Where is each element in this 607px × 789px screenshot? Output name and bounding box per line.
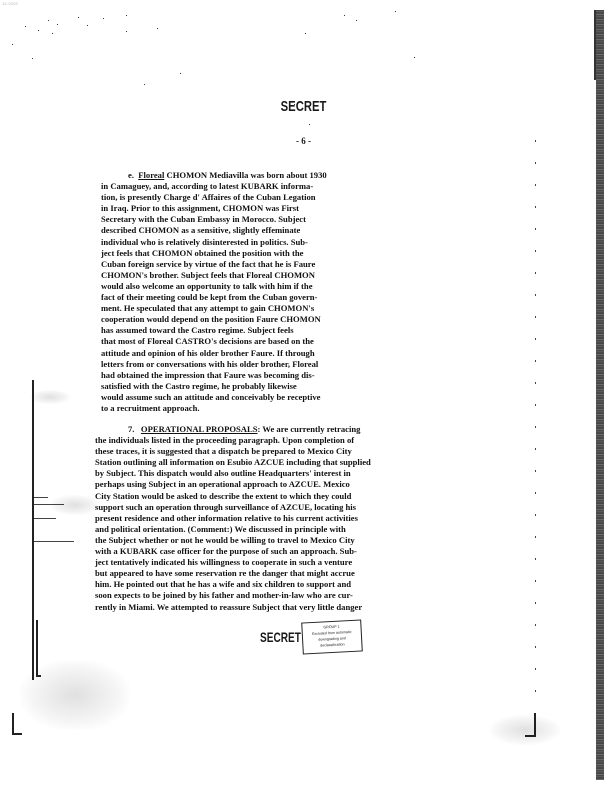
paragraph-7-first-rest: : We are currently retracing — [258, 424, 361, 434]
paragraph-e-lead: e. — [128, 170, 134, 180]
text-line: CHOMON's brother. Subject feels that Flo… — [101, 270, 321, 281]
text-line: him. He pointed out that he has a wife a… — [95, 579, 371, 590]
text-line: these traces, it is suggested that a dis… — [95, 446, 371, 457]
text-line: but appeared to have some reservation re… — [95, 568, 371, 579]
scan-left-margin-rule — [32, 380, 34, 680]
scan-margin-dots — [535, 140, 536, 700]
text-line: present residence and other information … — [95, 513, 371, 524]
text-line: tion, is presently Charge d' Affaires of… — [101, 192, 321, 203]
text-line: in Camaguey, and, according to latest KU… — [101, 181, 321, 192]
text-line: the Subject whether or not he would be w… — [95, 535, 371, 546]
text-line: had obtained the impression that Faure w… — [101, 370, 321, 381]
scan-margin-tick — [34, 518, 56, 519]
paragraph-e: e. Floreal CHOMON Mediavilla was born ab… — [128, 170, 327, 181]
text-line: satisfied with the Castro regime, he pro… — [101, 381, 321, 392]
text-line: and political orientation. (Comment:) We… — [95, 524, 371, 535]
text-line: the individuals listed in the proceeding… — [95, 435, 371, 446]
text-line: City Station would be asked to describe … — [95, 491, 371, 502]
paragraph-e-name: Floreal — [138, 170, 164, 180]
page-number: - 6 - — [0, 136, 607, 146]
paragraph-e-body: in Camaguey, and, according to latest KU… — [101, 181, 321, 414]
text-line: individual who is relatively disinterest… — [101, 237, 321, 248]
text-line: soon expects to be joined by his father … — [95, 590, 371, 601]
text-line: by Subject. This dispatch would also out… — [95, 468, 371, 479]
text-line: ject tentatively indicated his willingne… — [95, 557, 371, 568]
text-line: has assumed toward the Castro regime. Su… — [101, 325, 321, 336]
text-line: attitude and opinion of his older brothe… — [101, 348, 321, 359]
document-id-stamp: 14-0000 — [2, 1, 18, 6]
paragraph-7-first-line: 7. OPERATIONAL PROPOSALS: We are current… — [95, 424, 360, 435]
text-line: rently in Miami. We attempted to reassur… — [95, 602, 371, 613]
text-line: ject feels that CHOMON obtained the posi… — [101, 248, 321, 259]
text-line: to a recruitment approach. — [101, 403, 321, 414]
text-line: perhaps using Subject in an operational … — [95, 479, 371, 490]
text-line: would also welcome an opportunity to tal… — [101, 281, 321, 292]
text-line: in Iraq. Prior to this assignment, CHOMO… — [101, 203, 321, 214]
scan-smudge — [490, 715, 560, 745]
text-line: letters from or conversations with his o… — [101, 359, 321, 370]
text-line: cooperation would depend on the position… — [101, 314, 321, 325]
classification-marking-bottom: SECRET — [260, 629, 301, 645]
text-line: that most of Floreal CASTRO's decisions … — [101, 336, 321, 347]
paragraph-7-number: 7. — [128, 424, 134, 434]
text-line: with a KUBARK case officer for the purpo… — [95, 546, 371, 557]
text-line: fact of their meeting could be kept from… — [101, 292, 321, 303]
paragraph-7: 7. OPERATIONAL PROPOSALS: We are current… — [95, 424, 360, 435]
scan-smudge — [50, 495, 100, 515]
text-line: Secretary with the Cuban Embassy in Moro… — [101, 214, 321, 225]
scan-edge-binding — [596, 10, 604, 780]
paragraph-7-heading: OPERATIONAL PROPOSALS — [141, 424, 258, 434]
scan-smudge — [30, 390, 70, 404]
scan-smudge — [20, 660, 130, 730]
text-line: ment. He speculated that any attempt to … — [101, 303, 321, 314]
paragraph-7-body: the individuals listed in the proceeding… — [95, 435, 371, 613]
group-1-declassification-stamp: GROUP 1 Excluded from automatic downgrad… — [301, 619, 363, 654]
paragraph-e-line-0: CHOMON Mediavilla was born about 1930 — [164, 170, 326, 180]
text-line: described CHOMON as a sensitive, slightl… — [101, 225, 321, 236]
text-line: support such an operation through survei… — [95, 502, 371, 513]
paragraph-e-line: e. Floreal CHOMON Mediavilla was born ab… — [128, 170, 327, 181]
scan-margin-tick — [34, 541, 74, 542]
text-line: would assume such an attitude and concei… — [101, 392, 321, 403]
scan-edge-binding-thin — [594, 10, 596, 80]
scan-margin-tick — [34, 497, 48, 498]
classification-marking-top: SECRET — [76, 98, 531, 115]
text-line: Cuban foreign service by virtue of the f… — [101, 259, 321, 270]
text-line: Station outlining all information on Esu… — [95, 457, 371, 468]
